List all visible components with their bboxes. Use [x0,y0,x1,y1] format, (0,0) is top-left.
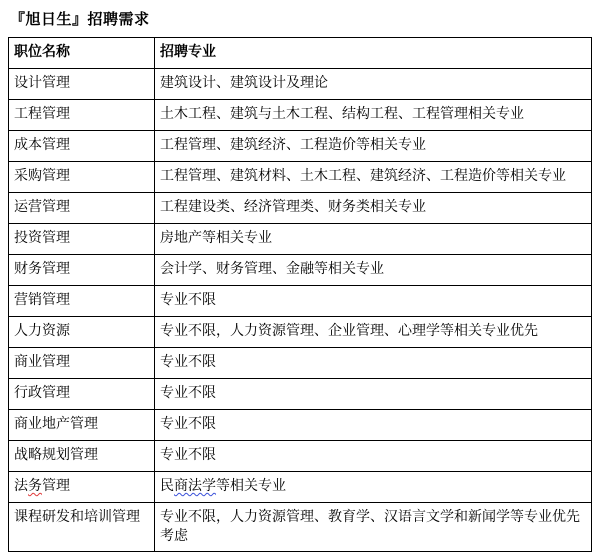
majors-cell: 会计学、财务管理、金融等相关专业 [155,255,592,286]
cell-text: 运营管理 [14,199,70,215]
cell-text: 专业不限 [160,385,216,401]
majors-cell: 专业不限，人力资源管理、教育学、汉语言文学和新闻学等专业优先考虑 [155,503,592,552]
position-cell: 营销管理 [9,286,155,317]
table-row: 商业管理专业不限 [9,348,592,379]
majors-cell: 工程管理、建筑经济、工程造价等相关专业 [155,131,592,162]
spellcheck-marked-text: 商法学 [174,478,216,494]
cell-text: 专业不限 [160,416,216,432]
majors-cell: 专业不限 [155,348,592,379]
table-row: 商业地产管理专业不限 [9,410,592,441]
majors-cell: 专业不限，人力资源管理、企业管理、心理学等相关专业优先 [155,317,592,348]
cell-text: 专业不限，人力资源管理、教育学、汉语言文学和新闻学等专业优先考虑 [160,509,580,544]
majors-cell: 房地产等相关专业 [155,224,592,255]
table-row: 法务管理民商法学等相关专业 [9,472,592,503]
majors-cell: 民商法学等相关专业 [155,472,592,503]
table-row: 课程研发和培训管理专业不限，人力资源管理、教育学、汉语言文学和新闻学等专业优先考… [9,503,592,552]
header-position: 职位名称 [9,38,155,69]
cell-text: 管理 [42,478,70,494]
cell-text: 专业不限 [160,447,216,463]
position-cell: 人力资源 [9,317,155,348]
page-title: 『旭日生』招聘需求 [10,10,602,28]
majors-cell: 土木工程、建筑与土木工程、结构工程、工程管理相关专业 [155,100,592,131]
majors-cell: 工程管理、建筑材料、土木工程、建筑经济、工程造价等相关专业 [155,162,592,193]
position-cell: 财务管理 [9,255,155,286]
cell-text: 设计管理 [14,75,70,91]
majors-cell: 专业不限 [155,379,592,410]
cell-text: 营销管理 [14,292,70,308]
majors-cell: 专业不限 [155,441,592,472]
table-row: 成本管理工程管理、建筑经济、工程造价等相关专业 [9,131,592,162]
position-cell: 运营管理 [9,193,155,224]
table-row: 战略规划管理专业不限 [9,441,592,472]
table-row: 营销管理专业不限 [9,286,592,317]
cell-text: 工程管理 [14,106,70,122]
table-row: 行政管理专业不限 [9,379,592,410]
majors-cell: 建筑设计、建筑设计及理论 [155,69,592,100]
cell-text: 等相关专业 [216,478,286,494]
majors-cell: 专业不限 [155,410,592,441]
table-header-row: 职位名称 招聘专业 [9,38,592,69]
position-cell: 法务管理 [9,472,155,503]
majors-cell: 专业不限 [155,286,592,317]
majors-cell: 工程建设类、经济管理类、财务类相关专业 [155,193,592,224]
table-row: 投资管理房地产等相关专业 [9,224,592,255]
position-cell: 行政管理 [9,379,155,410]
cell-text: 行政管理 [14,385,70,401]
cell-text: 会计学、财务管理、金融等相关专业 [160,261,384,277]
table-row: 运营管理工程建设类、经济管理类、财务类相关专业 [9,193,592,224]
cell-text: 课程研发和培训管理 [14,509,140,525]
cell-text: 战略规划管理 [14,447,98,463]
cell-text: 专业不限，人力资源管理、企业管理、心理学等相关专业优先 [160,323,538,339]
document-page: 『旭日生』招聘需求 职位名称 招聘专业 设计管理建筑设计、建筑设计及理论工程管理… [0,0,602,553]
position-cell: 课程研发和培训管理 [9,503,155,552]
position-cell: 成本管理 [9,131,155,162]
position-cell: 工程管理 [9,100,155,131]
table-row: 采购管理工程管理、建筑材料、土木工程、建筑经济、工程造价等相关专业 [9,162,592,193]
cell-text: 法 [14,478,28,494]
position-cell: 投资管理 [9,224,155,255]
cell-text: 专业不限 [160,292,216,308]
cell-text: 商业地产管理 [14,416,98,432]
cell-text: 房地产等相关专业 [160,230,272,246]
position-cell: 采购管理 [9,162,155,193]
cell-text: 专业不限 [160,354,216,370]
position-cell: 设计管理 [9,69,155,100]
cell-text: 建筑设计、建筑设计及理论 [160,75,328,91]
cell-text: 工程建设类、经济管理类、财务类相关专业 [160,199,426,215]
cell-text: 商业管理 [14,354,70,370]
header-majors: 招聘专业 [155,38,592,69]
spellcheck-marked-text: 务 [28,478,42,494]
table-body: 设计管理建筑设计、建筑设计及理论工程管理土木工程、建筑与土木工程、结构工程、工程… [9,69,592,552]
cell-text: 采购管理 [14,168,70,184]
cell-text: 民 [160,478,174,494]
recruitment-table: 职位名称 招聘专业 设计管理建筑设计、建筑设计及理论工程管理土木工程、建筑与土木… [8,37,592,552]
position-cell: 商业管理 [9,348,155,379]
table-row: 工程管理土木工程、建筑与土木工程、结构工程、工程管理相关专业 [9,100,592,131]
cell-text: 成本管理 [14,137,70,153]
cell-text: 工程管理、建筑材料、土木工程、建筑经济、工程造价等相关专业 [160,168,566,184]
table-row: 人力资源专业不限，人力资源管理、企业管理、心理学等相关专业优先 [9,317,592,348]
cell-text: 土木工程、建筑与土木工程、结构工程、工程管理相关专业 [160,106,524,122]
position-cell: 商业地产管理 [9,410,155,441]
cell-text: 人力资源 [14,323,70,339]
cell-text: 财务管理 [14,261,70,277]
table-row: 设计管理建筑设计、建筑设计及理论 [9,69,592,100]
position-cell: 战略规划管理 [9,441,155,472]
cell-text: 工程管理、建筑经济、工程造价等相关专业 [160,137,426,153]
cell-text: 投资管理 [14,230,70,246]
table-row: 财务管理会计学、财务管理、金融等相关专业 [9,255,592,286]
